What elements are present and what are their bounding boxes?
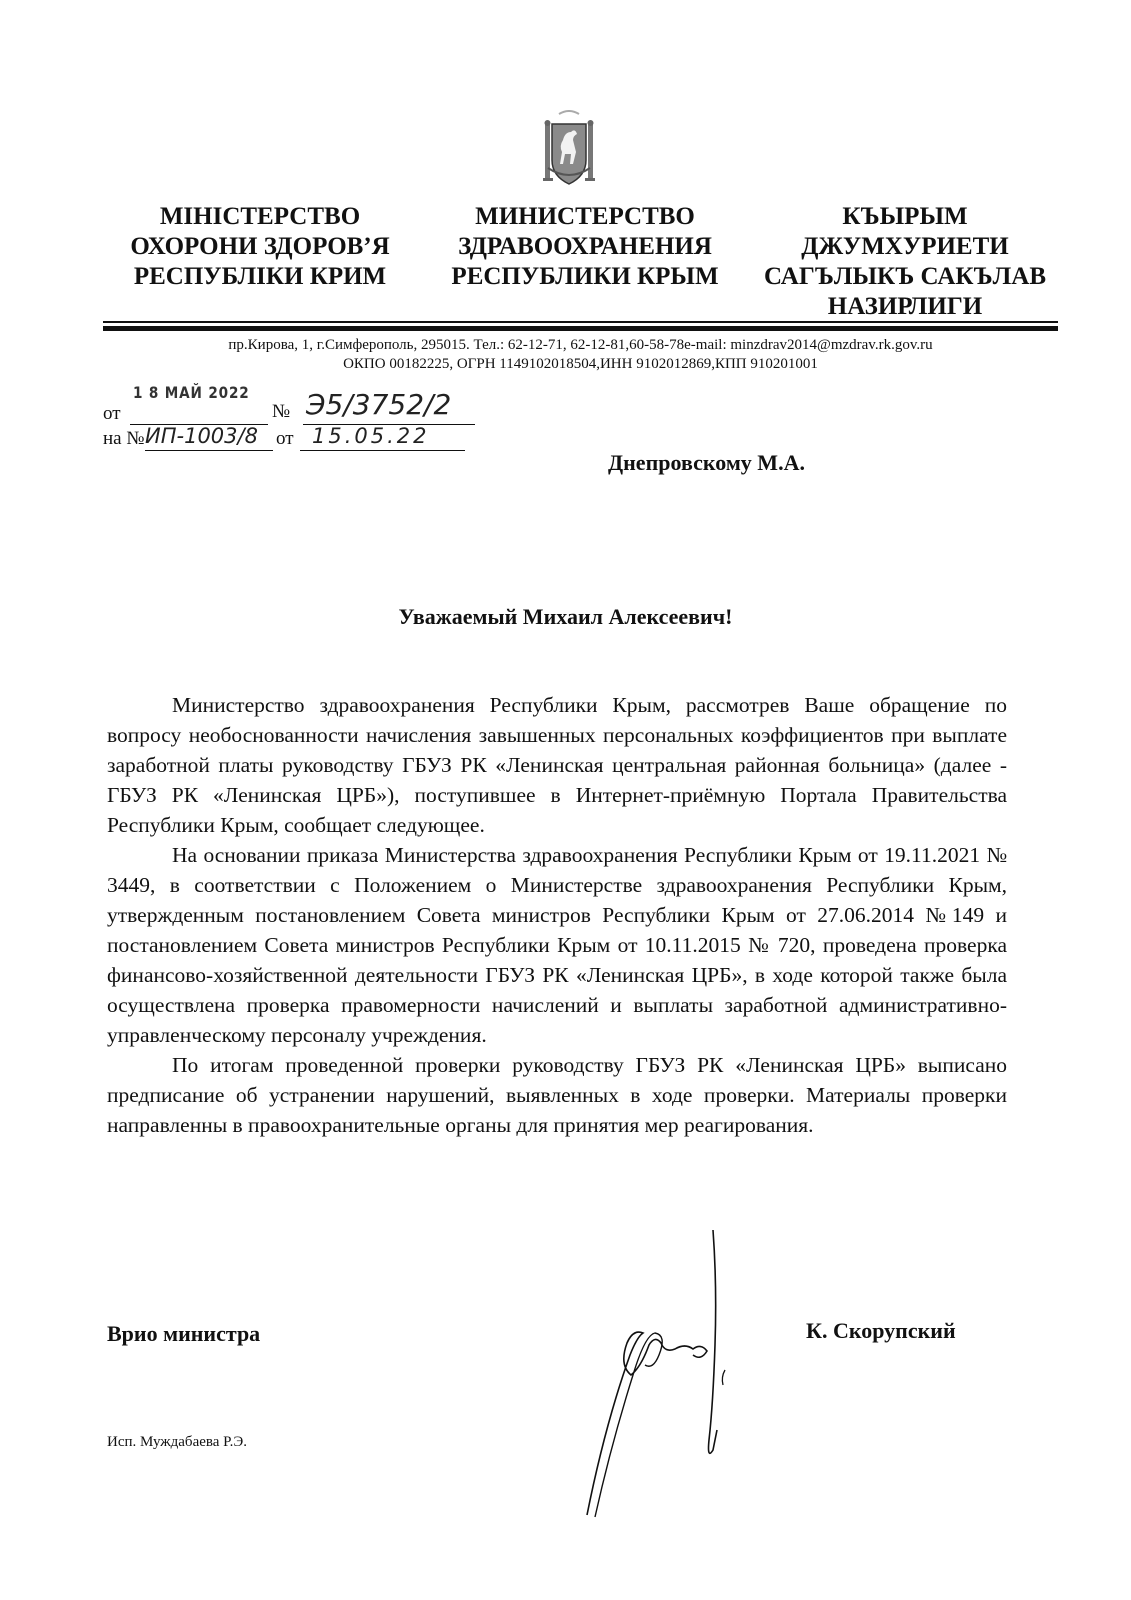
registry-line: ОКПО 00182225, ОГРН 1149102018504,ИНН 91… (103, 355, 1058, 374)
header-russian: МИНИСТЕРСТВО ЗДРАВООХРАНЕНИЯ РЕСПУБЛИКИ … (425, 202, 745, 292)
addressee: Днепровскому М.А. (608, 450, 805, 476)
header-line: САГЪЛЫКЪ САКЪЛАВ (745, 262, 1065, 292)
incoming-number-underline (145, 450, 273, 451)
body-paragraph: Министерство здравоохранения Республики … (107, 690, 1007, 840)
incoming-date-underline (300, 450, 465, 451)
header-ukrainian: МІНІСТЕРСТВО ОХОРОНИ ЗДОРОВ’Я РЕСПУБЛІКИ… (105, 202, 415, 292)
body-paragraph: По итогам проведенной проверки руководст… (107, 1050, 1007, 1140)
header-line: МІНІСТЕРСТВО (105, 202, 415, 232)
header-line: РЕСПУБЛИКИ КРЫМ (425, 262, 745, 292)
signatory-title: Врио министра (107, 1321, 260, 1347)
address-line: пр.Кирова, 1, г.Симферополь, 295015. Тел… (103, 336, 1058, 355)
crimea-coat-of-arms-icon (543, 110, 595, 192)
outgoing-number: Э5/3752/2 (306, 388, 451, 421)
header-line: НАЗИРЛИГИ (745, 292, 1065, 322)
from-label: от (103, 403, 121, 425)
header-divider-thick (103, 326, 1058, 331)
header-line: КЪЫРЫМ (745, 202, 1065, 232)
letter-body: Министерство здравоохранения Республики … (107, 690, 1007, 1140)
executor-note: Исп. Муждабаева Р.Э. (107, 1434, 247, 1451)
incoming-number: ИП-1003/8 (145, 424, 258, 448)
reply-to-label: на № (103, 428, 144, 450)
signatory-name: К. Скорупский (806, 1318, 956, 1344)
date-stamp: 1 8 МАЙ 2022 (133, 383, 250, 402)
salutation: Уважаемый Михаил Алексеевич! (0, 604, 1131, 630)
handwritten-signature-icon (575, 1225, 735, 1525)
reply-from-label: от (276, 428, 294, 450)
incoming-date: 15.05.22 (312, 424, 430, 448)
header-line: РЕСПУБЛІКИ КРИМ (105, 262, 415, 292)
header-line: ЗДРАВООХРАНЕНИЯ (425, 232, 745, 262)
header-line: ОХОРОНИ ЗДОРОВ’Я (105, 232, 415, 262)
body-paragraph: На основании приказа Министерства здраво… (107, 840, 1007, 1050)
header-line: ДЖУМХУРИЕТИ (745, 232, 1065, 262)
header-crimean-tatar: КЪЫРЫМ ДЖУМХУРИЕТИ САГЪЛЫКЪ САКЪЛАВ НАЗИ… (745, 202, 1065, 322)
header-line: МИНИСТЕРСТВО (425, 202, 745, 232)
number-label: № (272, 401, 290, 423)
header-divider-thin (103, 321, 1058, 323)
